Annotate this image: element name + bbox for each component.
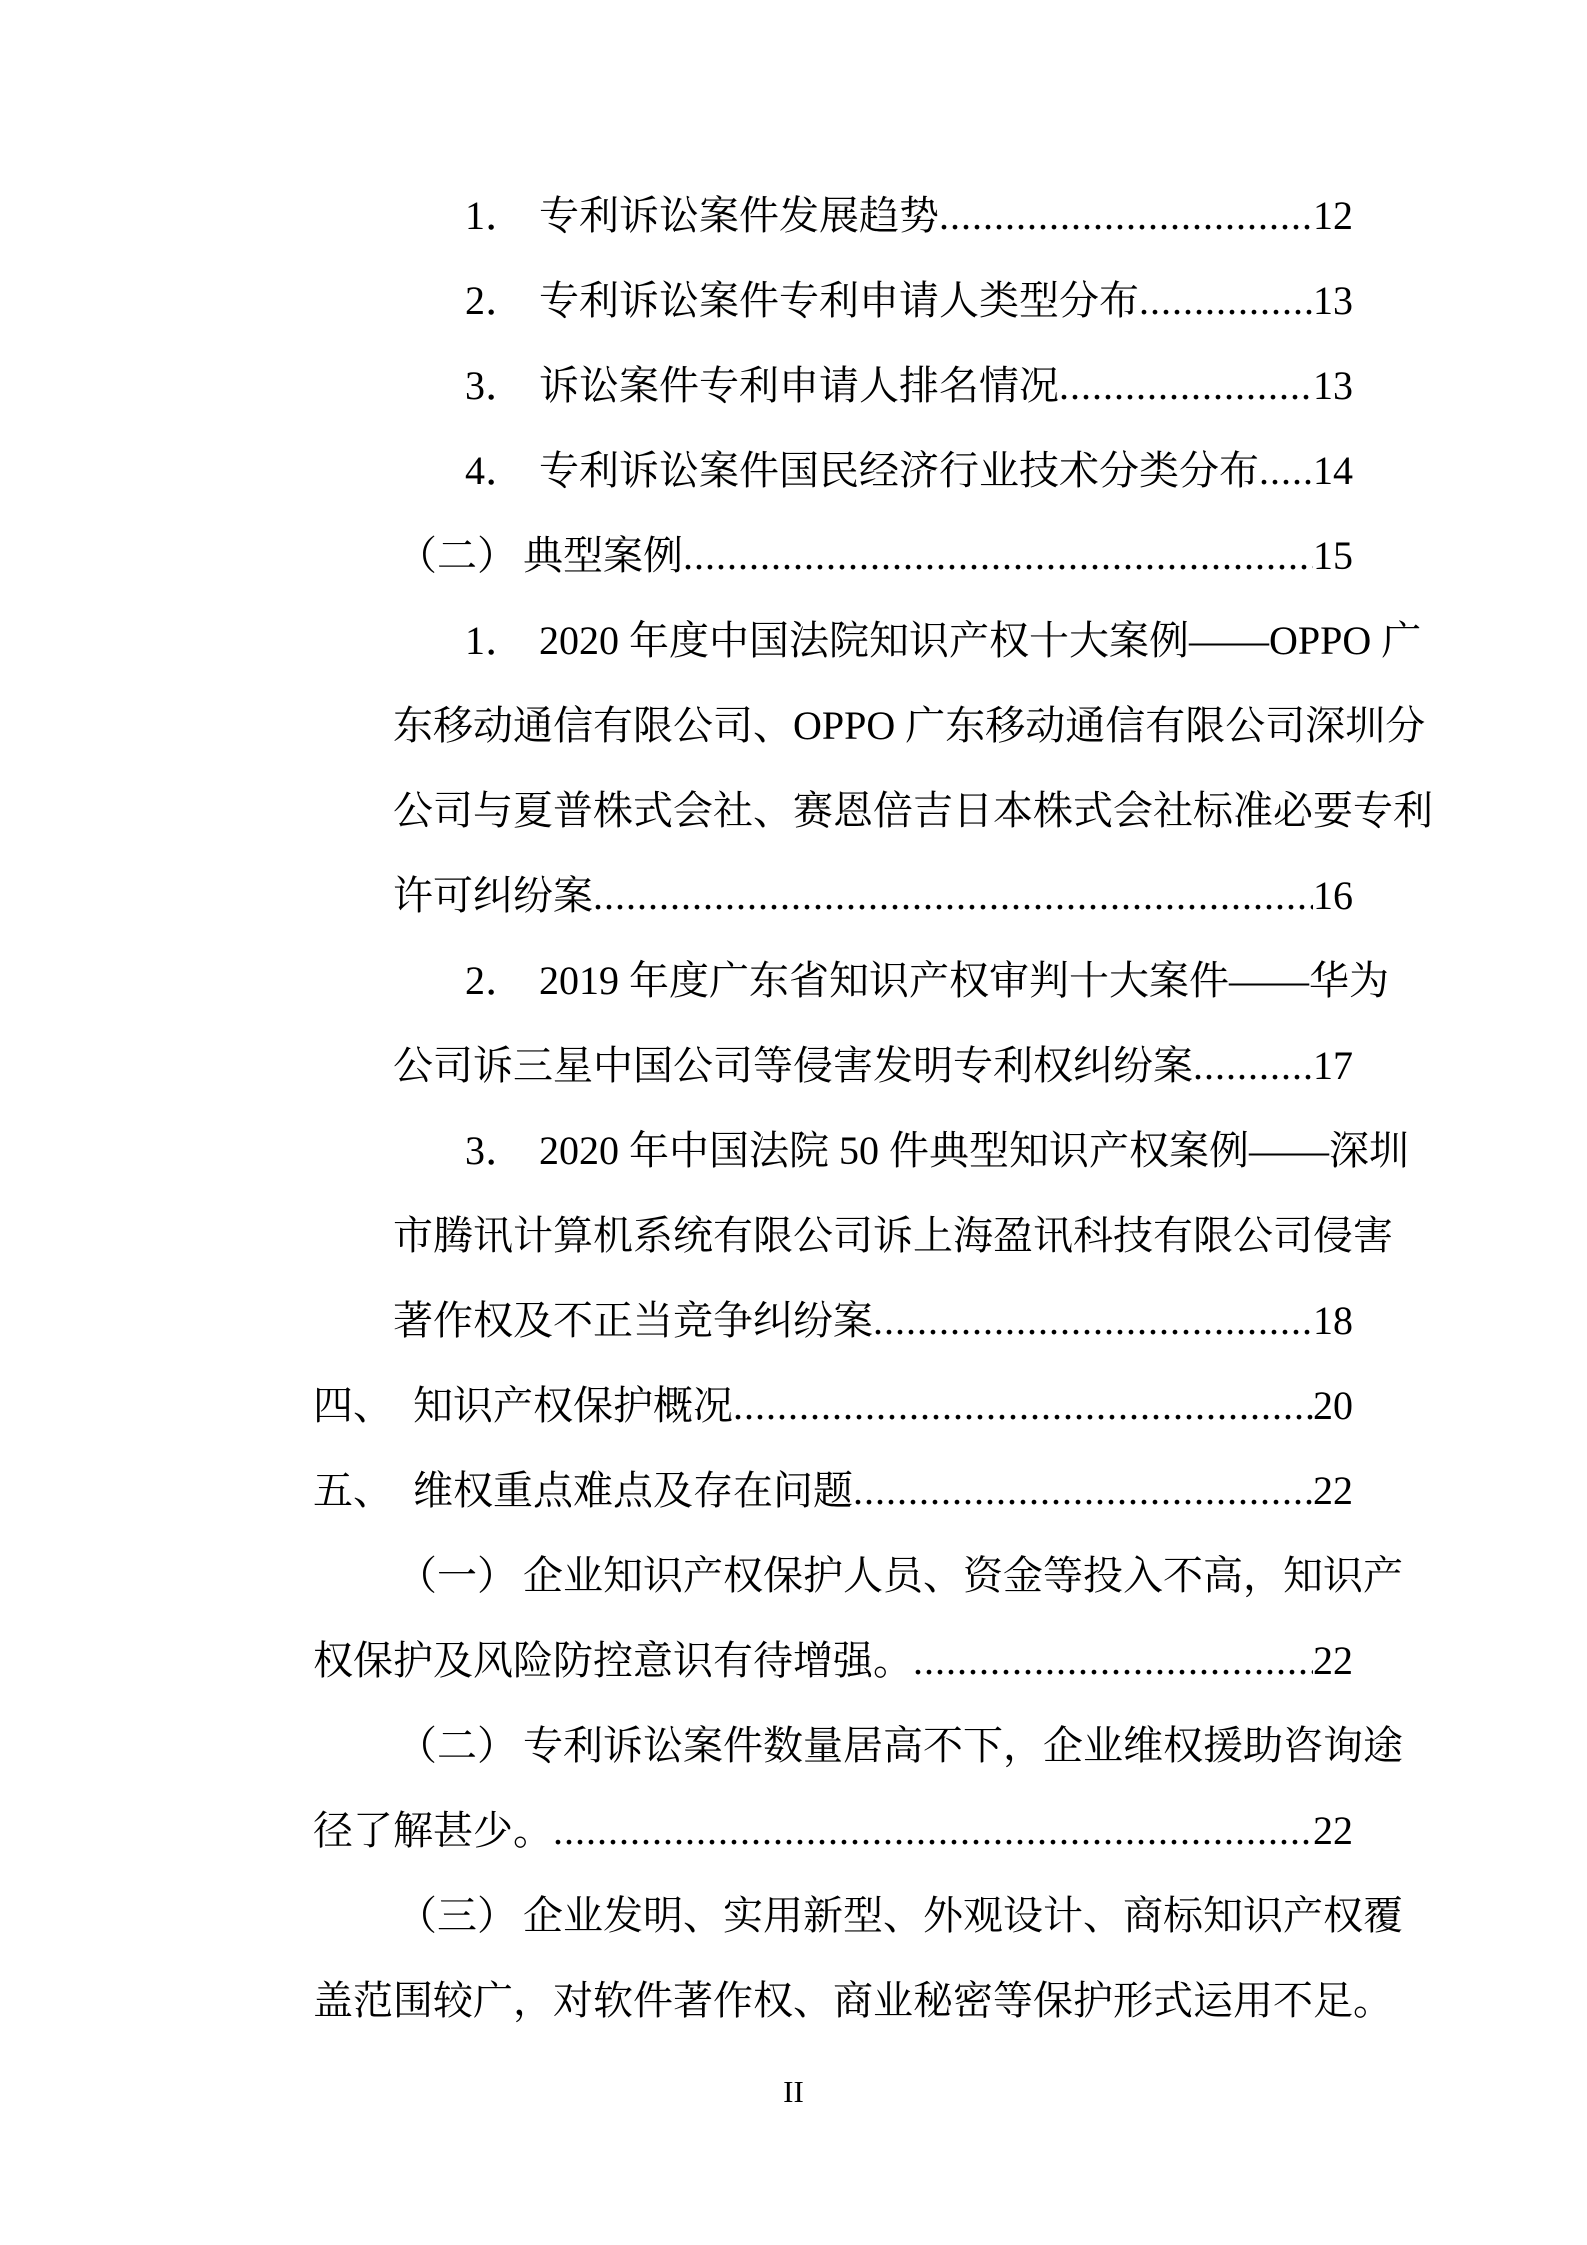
toc-entry-title: 公司与夏普株式会社、赛恩倍吉日本株式会社标准必要专利 <box>393 768 1433 853</box>
toc-page-number: 22 <box>1313 1448 1353 1533</box>
toc-entry-title: 典型案例 <box>523 513 683 598</box>
dot-leader: ........................................… <box>733 1363 1313 1448</box>
toc-entry-title: 2020 年度中国法院知识产权十大案例——OPPO 广 <box>539 598 1421 683</box>
dot-leader: ........................................… <box>853 1448 1313 1533</box>
toc-page-number: 20 <box>1313 1363 1353 1448</box>
toc-line-continuation: 盖范围较广，对软件著作权、商业秘密等保护形式运用不足。 <box>313 1958 1353 2043</box>
toc-entry-title: 许可纠纷案 <box>393 853 593 938</box>
toc-line: 4． 专利诉讼案件国民经济行业技术分类分布 ..................… <box>313 428 1353 513</box>
toc-entry-title: 专利诉讼案件数量居高不下，企业维权援助咨询途 <box>523 1703 1403 1788</box>
toc-entry-title: 公司诉三星中国公司等侵害发明专利权纠纷案 <box>393 1023 1193 1108</box>
toc-line-continuation: 许可纠纷案 ..................................… <box>313 853 1353 938</box>
toc-line: （一） 企业知识产权保护人员、资金等投入不高，知识产 <box>313 1533 1353 1618</box>
toc-entry-title: 企业知识产权保护人员、资金等投入不高，知识产 <box>523 1533 1403 1618</box>
dot-leader: ........................................… <box>873 1278 1313 1363</box>
dot-leader: ........................................… <box>939 173 1313 258</box>
toc-entry-number: 4． <box>465 428 539 513</box>
toc-entry-title: 2019 年度广东省知识产权审判十大案件——华为 <box>539 938 1389 1023</box>
toc-line-continuation: 东移动通信有限公司、OPPO 广东移动通信有限公司深圳分 <box>313 683 1353 768</box>
toc-line: 1． 2020 年度中国法院知识产权十大案例——OPPO 广 <box>313 598 1353 683</box>
toc-entry-number: 1． <box>465 598 539 683</box>
toc-page-number: 22 <box>1313 1788 1353 1873</box>
dot-leader: ........................................… <box>553 1788 1313 1873</box>
toc-line-continuation: 权保护及风险防控意识有待增强。 ........................… <box>313 1618 1353 1703</box>
toc-line-continuation: 公司与夏普株式会社、赛恩倍吉日本株式会社标准必要专利 <box>313 768 1353 853</box>
toc-line: （二） 典型案例 ...............................… <box>313 513 1353 598</box>
toc-entry-title: 诉讼案件专利申请人排名情况 <box>539 343 1059 428</box>
toc-entry-title: 企业发明、实用新型、外观设计、商标知识产权覆 <box>523 1873 1403 1958</box>
toc-page-number: 13 <box>1313 343 1353 428</box>
toc-entry-number: 2． <box>465 938 539 1023</box>
toc-line: 四、 知识产权保护概况 ............................… <box>313 1363 1353 1448</box>
toc-entry-title: 市腾讯计算机系统有限公司诉上海盈讯科技有限公司侵害 <box>393 1193 1393 1278</box>
toc-line: （三） 企业发明、实用新型、外观设计、商标知识产权覆 <box>313 1873 1353 1958</box>
toc-entry-title: 东移动通信有限公司、OPPO 广东移动通信有限公司深圳分 <box>393 683 1425 768</box>
toc-line: 3． 诉讼案件专利申请人排名情况 .......................… <box>313 343 1353 428</box>
toc-line: 2． 2019 年度广东省知识产权审判十大案件——华为 <box>313 938 1353 1023</box>
toc-page-number: 13 <box>1313 258 1353 343</box>
dot-leader: ........................................… <box>1059 343 1313 428</box>
toc-entry-number: （二） <box>397 513 523 598</box>
toc-line-continuation: 径了解甚少。 .................................… <box>313 1788 1353 1873</box>
toc-entry-title: 径了解甚少。 <box>313 1788 553 1873</box>
toc-line-continuation: 公司诉三星中国公司等侵害发明专利权纠纷案 ...................… <box>313 1023 1353 1108</box>
toc-line-continuation: 市腾讯计算机系统有限公司诉上海盈讯科技有限公司侵害 <box>313 1193 1353 1278</box>
dot-leader: ........................................… <box>1193 1023 1313 1108</box>
toc-page-number: 16 <box>1313 853 1353 938</box>
toc-entry-number: 2． <box>465 258 539 343</box>
toc-entry-title: 专利诉讼案件国民经济行业技术分类分布 <box>539 428 1259 513</box>
dot-leader: ........................................… <box>1259 428 1313 513</box>
toc-entry-number: 1． <box>465 173 539 258</box>
toc-line: 1． 专利诉讼案件发展趋势 ..........................… <box>313 173 1353 258</box>
table-of-contents: 1． 专利诉讼案件发展趋势 ..........................… <box>313 173 1353 2043</box>
toc-entry-number: （二） <box>397 1703 523 1788</box>
toc-entry-title: 知识产权保护概况 <box>413 1363 733 1448</box>
toc-entry-number: （三） <box>397 1873 523 1958</box>
toc-entry-number: （一） <box>397 1533 523 1618</box>
toc-entry-number: 五、 <box>313 1448 413 1533</box>
toc-page-number: 15 <box>1313 513 1353 598</box>
toc-line: 2． 专利诉讼案件专利申请人类型分布 .....................… <box>313 258 1353 343</box>
page-number: II <box>0 2072 1587 2112</box>
dot-leader: ........................................… <box>1139 258 1313 343</box>
toc-entry-number: 四、 <box>313 1363 413 1448</box>
toc-page-number: 12 <box>1313 173 1353 258</box>
toc-line: 五、 维权重点难点及存在问题 .........................… <box>313 1448 1353 1533</box>
toc-entry-number: 3． <box>465 1108 539 1193</box>
toc-entry-title: 2020 年中国法院 50 件典型知识产权案例——深圳 <box>539 1108 1409 1193</box>
toc-entry-title: 专利诉讼案件专利申请人类型分布 <box>539 258 1139 343</box>
toc-page-number: 14 <box>1313 428 1353 513</box>
toc-entry-number: 3． <box>465 343 539 428</box>
dot-leader: ........................................… <box>683 513 1313 598</box>
dot-leader: ........................................… <box>593 853 1313 938</box>
toc-line: 3． 2020 年中国法院 50 件典型知识产权案例——深圳 <box>313 1108 1353 1193</box>
toc-entry-title: 盖范围较广，对软件著作权、商业秘密等保护形式运用不足。 <box>313 1958 1393 2043</box>
toc-entry-title: 权保护及风险防控意识有待增强。 <box>313 1618 913 1703</box>
dot-leader: ........................................… <box>913 1618 1313 1703</box>
toc-entry-title: 著作权及不正当竞争纠纷案 <box>393 1278 873 1363</box>
document-page: 1． 专利诉讼案件发展趋势 ..........................… <box>0 0 1587 2245</box>
toc-line-continuation: 著作权及不正当竞争纠纷案 ...........................… <box>313 1278 1353 1363</box>
toc-line: （二） 专利诉讼案件数量居高不下，企业维权援助咨询途 <box>313 1703 1353 1788</box>
toc-entry-title: 维权重点难点及存在问题 <box>413 1448 853 1533</box>
toc-page-number: 22 <box>1313 1618 1353 1703</box>
toc-entry-title: 专利诉讼案件发展趋势 <box>539 173 939 258</box>
toc-page-number: 18 <box>1313 1278 1353 1363</box>
toc-page-number: 17 <box>1313 1023 1353 1108</box>
